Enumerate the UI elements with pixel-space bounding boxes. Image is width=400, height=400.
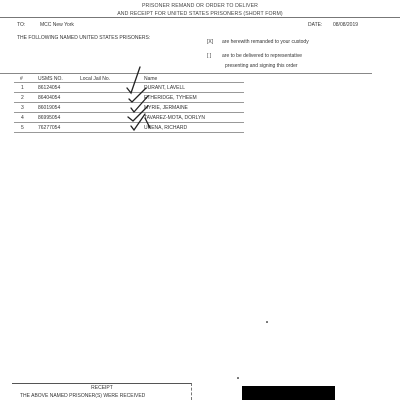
row-num: 3 xyxy=(21,105,24,111)
deliver-checkbox[interactable]: [ ] xyxy=(207,53,211,59)
date-label: DATE: xyxy=(308,22,322,28)
remand-checkbox[interactable]: [X] xyxy=(207,39,213,45)
redaction-block xyxy=(242,386,335,400)
table-row: 4 86995054 TAVAREZ-MOTA, DORLYN xyxy=(14,113,244,123)
row-num: 1 xyxy=(21,85,24,91)
to-label: TO: xyxy=(17,22,25,28)
divider xyxy=(0,73,372,74)
scan-artifact xyxy=(266,321,268,323)
row-name: TAVAREZ-MOTA, DORLYN xyxy=(144,115,205,121)
row-name: ETHERIDGE, TYHEEM xyxy=(144,95,197,101)
remand-option-label: are herewith remanded to your custody xyxy=(222,39,309,45)
deliver-option-label-cont: presenting and signing this order xyxy=(225,63,298,69)
to-value: MCC New York xyxy=(40,22,74,28)
intro-text: THE FOLLOWING NAMED UNITED STATES PRISON… xyxy=(17,35,150,41)
scan-artifact xyxy=(237,377,239,379)
row-usms: 86404054 xyxy=(38,95,60,101)
table-row: 2 86404054 ETHERIDGE, TYHEEM xyxy=(14,93,244,103)
table-row: 5 76277054 URENA, RICHARD xyxy=(14,123,244,133)
row-name: URENA, RICHARD xyxy=(144,125,187,131)
receipt-text: THE ABOVE NAMED PRISONER(S) WERE RECEIVE… xyxy=(20,393,145,399)
form-title-line1: PRISONER REMAND OR ORDER TO DELIVER xyxy=(0,3,400,9)
divider xyxy=(0,17,400,18)
table-row: 3 86019054 MYRIE, JERMAINE xyxy=(14,103,244,113)
row-name: DURANT, LAVELL xyxy=(144,85,185,91)
row-name: MYRIE, JERMAINE xyxy=(144,105,188,111)
handwritten-checkmarks xyxy=(0,0,400,400)
row-num: 2 xyxy=(21,95,24,101)
row-usms: 86124054 xyxy=(38,85,60,91)
row-num: 5 xyxy=(21,125,24,131)
row-num: 4 xyxy=(21,115,24,121)
row-usms: 86995054 xyxy=(38,115,60,121)
receipt-title: RECEIPT xyxy=(12,385,192,391)
table-row: 1 86124054 DURANT, LAVELL xyxy=(14,83,244,93)
deliver-option-label: are to be delivered to representative xyxy=(222,53,302,59)
row-usms: 76277054 xyxy=(38,125,60,131)
date-value: 08/08/2019 xyxy=(333,22,358,28)
row-usms: 86019054 xyxy=(38,105,60,111)
